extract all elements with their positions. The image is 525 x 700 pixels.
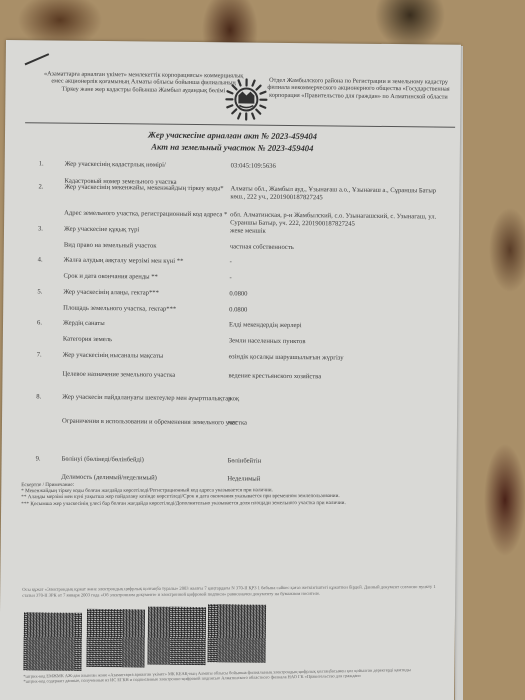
field-value-ru: 0.0800 xyxy=(229,306,449,316)
field-value-kz: Бөлінбейтін xyxy=(228,457,448,467)
field-value-kz: Алматы обл., Жамбыл ауд., Ұзынағаш а.о.,… xyxy=(230,185,450,203)
field-label-ru: Категория земель xyxy=(63,336,255,346)
act-fields: 1.Жер учаскесінің кадастрлық нөмірі/03:0… xyxy=(6,40,461,45)
field-value-ru xyxy=(231,179,451,181)
field-number: 1. xyxy=(39,160,44,168)
field-value-ru: нет xyxy=(228,419,448,429)
notes: Ескертпе / Примечание: * Мекенжайдың тір… xyxy=(21,481,441,507)
land-plot-act-document: «Азаматтарға арналған үкімет» мемлекетті… xyxy=(0,40,461,700)
field-value-ru: - xyxy=(229,274,449,284)
field-value-kz: 0.0800 xyxy=(229,290,449,300)
field-value-kz: жоқ xyxy=(228,395,448,405)
field-value-kz: өзіндік қосалқы шаруашылығын жүргізу xyxy=(229,353,449,363)
pen-mark xyxy=(25,53,49,65)
field-label-ru: Целевое назначение земельного участка xyxy=(62,371,254,381)
field-value-kz: - xyxy=(230,258,450,268)
field-value-kz: 03:045:109:5636 xyxy=(231,162,451,172)
sun-emblem-icon xyxy=(224,77,268,121)
field-row: 8.Жер учаскесін пайдалануағы шектеулер м… xyxy=(2,393,457,398)
field-row-ru: Кадастровый номер земельного участка xyxy=(5,177,460,182)
header-divider xyxy=(25,122,455,128)
field-row: 5.Жер учаскесінің алаңы, гектар***0.0800 xyxy=(3,288,458,293)
qr-code xyxy=(207,604,266,663)
qr-code xyxy=(86,609,145,668)
field-row-ru: Площадь земельного участка, гектар***0.0… xyxy=(3,304,458,309)
field-label-ru: Вид право на земельный участок xyxy=(64,242,256,252)
field-row: 4.Жалға алудың аяқталу мерзімі мен күні … xyxy=(4,256,459,261)
field-value-ru: ведение крестьянского хозяйства xyxy=(228,372,448,382)
field-label-ru: Ограничения в использовании и обременени… xyxy=(62,418,254,428)
field-row-ru: Вид право на земельный участокчастная со… xyxy=(4,241,459,246)
field-row: 9.Бөлінуі (бөлінеді/бөлінбейді)Бөлінбейт… xyxy=(2,455,457,460)
header-org-kz: «Азаматтарға арналған үкімет» мемлекетті… xyxy=(43,70,243,94)
field-value-kz: жеке меншік xyxy=(230,227,450,237)
field-label-kz: Жер учаскесіне құқық түрі xyxy=(64,226,256,236)
field-number: 6. xyxy=(37,319,42,327)
field-label-kz: Жер учаскесін пайдалануағы шектеулер мен… xyxy=(62,394,254,404)
field-value-kz: Елді мекендердің жерлері xyxy=(229,321,449,331)
field-label-kz: Жер учаскесінің нысаналы мақсаты xyxy=(63,352,255,362)
field-number: 3. xyxy=(38,225,43,233)
field-row-ru: Ограничения в использовании и обременени… xyxy=(2,417,457,422)
field-value-ru: Земли населенных пунктов xyxy=(229,337,449,347)
title-ru: Акт на земельный участок № 2023-459404 xyxy=(5,140,460,155)
field-label-kz: Бөлінуі (бөлінеді/бөлінбейді) xyxy=(62,456,254,466)
field-number: 2. xyxy=(38,183,43,191)
field-number: 5. xyxy=(37,288,42,296)
field-row-ru: Целевое назначение земельного участкавед… xyxy=(3,370,458,375)
field-label-kz: Жер учаскесінің мекенжайы, мекенжайдың т… xyxy=(64,184,256,194)
field-row: 1.Жер учаскесінің кадастрлық нөмірі/03:0… xyxy=(5,160,460,165)
barcode-notes: *штрих-код ЕМЖМК АЖ-дан алынған және «Аз… xyxy=(23,667,423,685)
field-row: 6.Жердің санатыЕлді мекендердің жерлері xyxy=(3,319,458,324)
field-label-kz: Жердің санаты xyxy=(63,320,255,330)
field-label-ru: Срок и дата окончания аренды ** xyxy=(63,273,255,283)
field-value-ru: частная собственность xyxy=(230,243,450,253)
field-row: 7.Жер учаскесінің нысаналы мақсатыөзінді… xyxy=(3,351,458,356)
field-number: 7. xyxy=(37,351,42,359)
field-number: 4. xyxy=(38,256,43,264)
field-number: 9. xyxy=(36,455,41,463)
field-row-ru: Делимость (делимый/неделимый)Неделимый xyxy=(1,473,456,478)
field-label-kz: Жалға алудың аяқталу мерзімі мен күні ** xyxy=(64,257,256,267)
field-label-ru: Адрес земельного участка, регистрационны… xyxy=(64,210,256,220)
field-row-ru: Срок и дата окончания аренды **- xyxy=(4,272,459,277)
field-number: 8. xyxy=(36,393,41,401)
field-label-ru: Площадь земельного участка, гектар*** xyxy=(63,305,255,315)
note-line: *** Қосымша жер учаскесінің үлесі бар бо… xyxy=(21,499,441,507)
qr-code xyxy=(147,607,206,666)
field-label-kz: Жер учаскесінің алаңы, гектар*** xyxy=(63,289,255,299)
header-org-ru: Отдел Жамбылского района по Регистрации … xyxy=(263,77,453,101)
field-row-ru: Категория земельЗемли населенных пунктов xyxy=(3,335,458,340)
field-row-ru: Адрес земельного участка, регистрационны… xyxy=(4,209,459,214)
qr-code xyxy=(23,612,82,671)
field-label-kz: Жер учаскесінің кадастрлық нөмірі/ xyxy=(65,161,257,171)
footer-legal-text: Осы құжат «Электрондық құжат және электр… xyxy=(22,584,442,598)
